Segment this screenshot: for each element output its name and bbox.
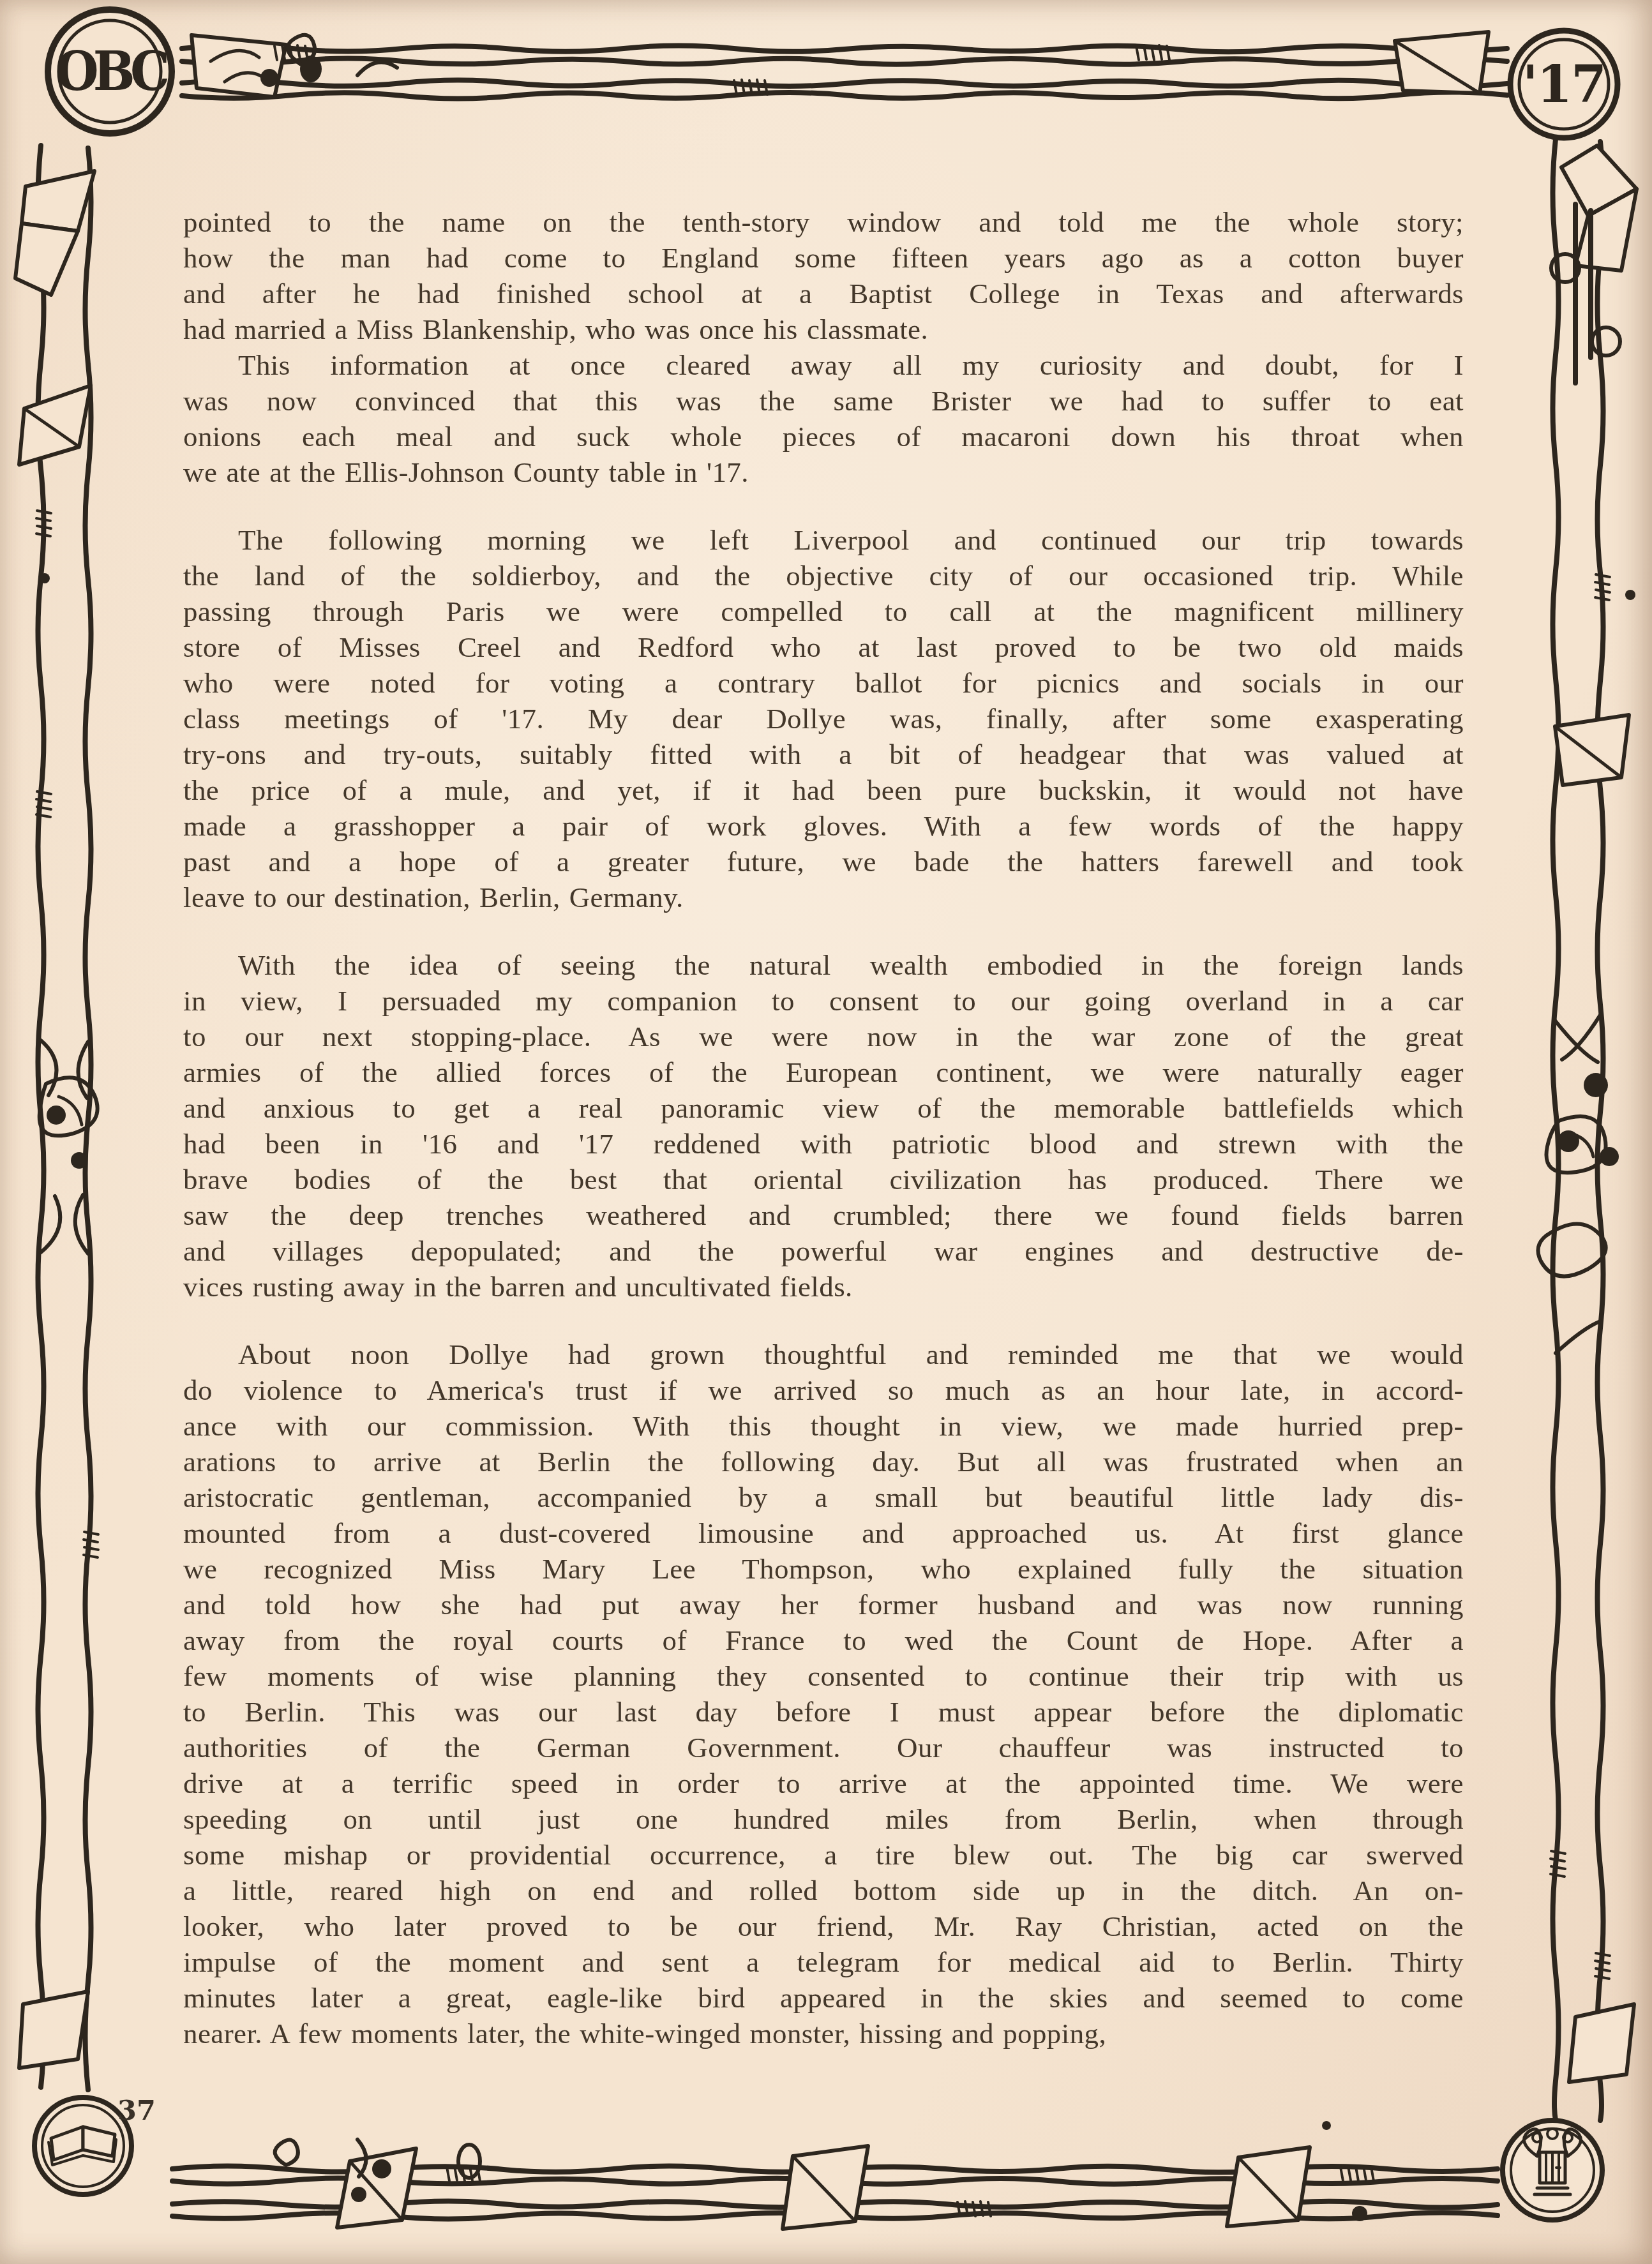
text-line: With the idea of seeing the natural weal… [183,947,1464,983]
text-line: was now convinced that this was the same… [183,383,1464,419]
text-line: This information at once cleared away al… [183,347,1464,383]
text-line: the price of a mule, and yet, if it had … [183,772,1464,808]
paragraph-1: pointed to the name on the tenth-story w… [183,204,1464,347]
text-line: and anxious to get a real panoramic view… [183,1090,1464,1126]
text-line: class meetings of '17. My dear Dollye wa… [183,701,1464,737]
text-line: had married a Miss Blankenship, who was … [183,311,1464,347]
page-number: 37 [117,2095,156,2127]
text-line: vices rusting away in the barren and unc… [183,1269,1464,1305]
paragraph-3: The following morning we left Liverpool … [183,522,1464,915]
text-line: do violence to America's trust if we arr… [183,1372,1464,1408]
class-year-text: '17 [1522,54,1605,114]
text-line: few moments of wise planning they consen… [183,1658,1464,1694]
text-line: we recognized Miss Mary Lee Thompson, wh… [183,1551,1464,1587]
text-line: some mishap or providential occurrence, … [183,1837,1464,1873]
text-line: minutes later a great, eagle-like bird a… [183,1980,1464,2016]
text-line: in view, I persuaded my companion to con… [183,983,1464,1019]
text-line: and told how she had put away her former… [183,1587,1464,1623]
text-line: how the man had come to England some fif… [183,240,1464,276]
text-line: The following morning we left Liverpool … [183,522,1464,558]
text-line: leave to our destination, Berlin, German… [183,880,1464,915]
text-line: looker, who later proved to be our frien… [183,1908,1464,1944]
text-line: store of Misses Creel and Redford who at… [183,629,1464,665]
text-line: try-ons and try-outs, suitably fitted wi… [183,737,1464,772]
text-line: to Berlin. This was our last day before … [183,1694,1464,1730]
text-line: drive at a terrific speed in order to ar… [183,1765,1464,1801]
text-line: onions each meal and suck whole pieces o… [183,419,1464,454]
top-border-rules [182,46,1507,99]
text-line: pointed to the name on the tenth-story w… [183,204,1464,240]
text-line: nearer. A few moments later, the white-w… [183,2016,1464,2051]
text-line: passing through Paris we were compelled … [183,594,1464,629]
text-line: mounted from a dust-covered limousine an… [183,1515,1464,1551]
text-line: to our next stopping-place. As we were n… [183,1019,1464,1054]
text-line: impulse of the moment and sent a telegra… [183,1944,1464,1980]
obc-monogram: OBC [57,15,162,128]
lyre-medallion [1503,2120,1602,2220]
text-line: brave bodies of the best that oriental c… [183,1162,1464,1197]
obc-monogram-text: OBC [56,40,164,103]
text-line: About noon Dollye had grown thoughtful a… [183,1337,1464,1372]
class-year-badge: '17 [1519,40,1609,129]
text-line: arations to arrive at Berlin the followi… [183,1444,1464,1480]
text-line: made a grasshopper a pair of work gloves… [183,808,1464,844]
text-line: and after he had finished school at a Ba… [183,276,1464,311]
text-line: we ate at the Ellis-Johnson County table… [183,454,1464,490]
text-line: authorities of the German Government. Ou… [183,1730,1464,1765]
paragraph-4: With the idea of seeing the natural weal… [183,947,1464,1305]
text-line: who were noted for voting a contrary bal… [183,665,1464,701]
text-line: had been in '16 and '17 reddened with pa… [183,1126,1464,1162]
text-line: a little, reared high on end and rolled … [183,1873,1464,1908]
right-border-rules [1553,139,1603,2120]
story-text-block: pointed to the name on the tenth-story w… [183,204,1464,2051]
text-line: ance with our commission. With this thou… [183,1408,1464,1444]
paragraph-5: About noon Dollye had grown thoughtful a… [183,1337,1464,2051]
yearbook-page: OBC '17 pointed to the name on the tenth… [0,0,1652,2264]
text-line: the land of the soldierboy, and the obje… [183,558,1464,594]
text-line: armies of the allied forces of the Europ… [183,1054,1464,1090]
text-line: speeding on until just one hundred miles… [183,1801,1464,1837]
text-line: away from the royal courts of France to … [183,1623,1464,1658]
paragraph-2: This information at once cleared away al… [183,347,1464,490]
text-line: aristocratic gentleman, accompanied by a… [183,1480,1464,1515]
text-line: past and a hope of a greater future, we … [183,844,1464,880]
text-line: saw the deep trenches weathered and crum… [183,1197,1464,1233]
text-line: and villages depopulated; and the powerf… [183,1233,1464,1269]
